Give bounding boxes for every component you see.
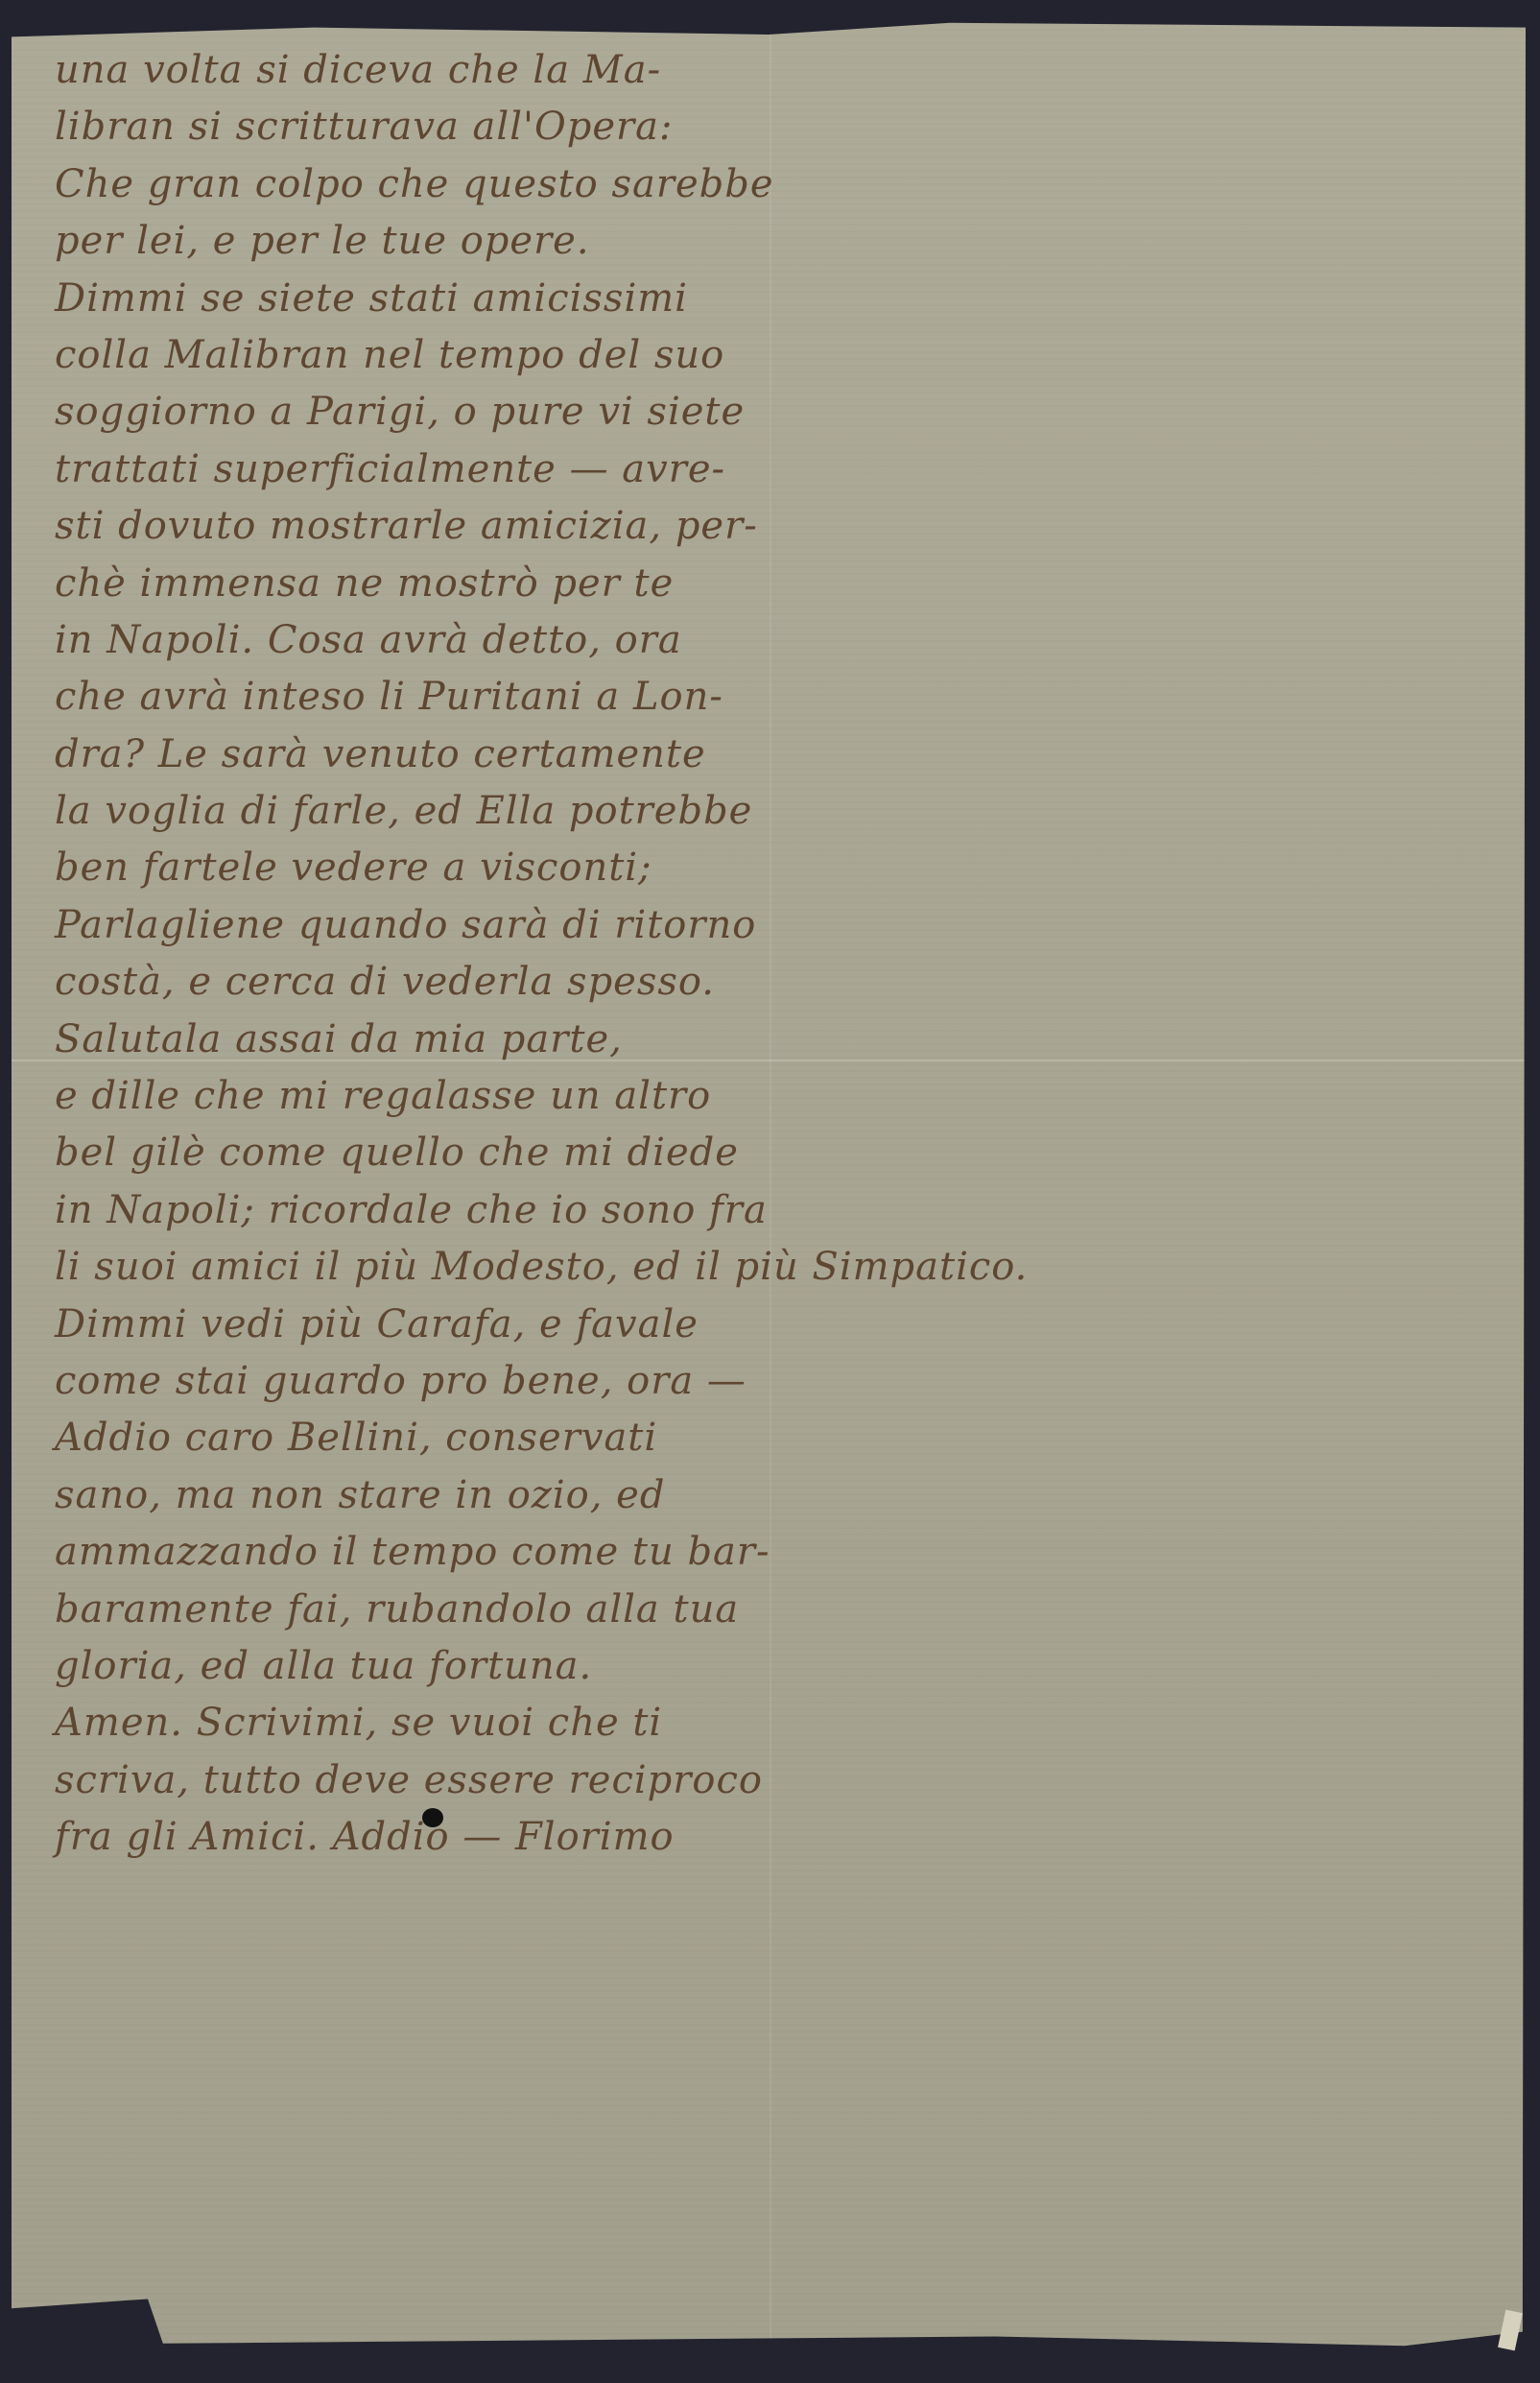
text-line: gloria, ed alla tua fortuna. <box>55 1638 1494 1695</box>
text-line: scriva, tutto deve essere reciproco <box>55 1752 1494 1809</box>
text-line: Addio caro Bellini, conservati <box>55 1410 1494 1466</box>
text-line: dra? Le sarà venuto certamente <box>55 727 1494 783</box>
text-line: che avrà inteso li Puritani a Lon- <box>55 669 1494 726</box>
text-line: chè immensa ne mostrò per te <box>55 556 1494 612</box>
text-line: li suoi amici il più Modesto, ed il più … <box>55 1239 1494 1296</box>
text-line: Amen. Scrivimi, se vuoi che ti <box>55 1695 1494 1752</box>
text-line: una volta si diceva che la Ma- <box>55 42 1494 99</box>
text-line: trattati superficialmente — avre- <box>55 441 1494 498</box>
text-line: ammazzando il tempo come tu bar- <box>55 1524 1494 1581</box>
text-line: ben fartele vedere a visconti; <box>55 840 1494 896</box>
text-line: costà, e cerca di vederla spesso. <box>55 954 1494 1011</box>
text-line: la voglia di farle, ed Ella potrebbe <box>55 783 1494 840</box>
text-line: sano, ma non stare in ozio, ed <box>55 1467 1494 1524</box>
ink-blot <box>422 1808 443 1827</box>
text-line: Salutala assai da mia parte, <box>55 1012 1494 1068</box>
text-line: soggiorno a Parigi, o pure vi siete <box>55 384 1494 441</box>
text-line: baramente fai, rubandolo alla tua <box>55 1582 1494 1638</box>
text-line: libran si scritturava all'Opera: <box>55 99 1494 155</box>
text-line: in Napoli; ricordale che io sono fra <box>55 1182 1494 1239</box>
text-line: Parlagliene quando sarà di ritorno <box>55 897 1494 954</box>
text-line: per lei, e per le tue opere. <box>55 213 1494 270</box>
text-line: Dimmi se siete stati amicissimi <box>55 271 1494 327</box>
text-line: colla Malibran nel tempo del suo <box>55 327 1494 384</box>
letter-text: una volta si diceva che la Ma- libran si… <box>55 42 1494 1867</box>
text-line: fra gli Amici. Addio — Florimo <box>55 1809 1494 1866</box>
text-line: in Napoli. Cosa avrà detto, ora <box>55 612 1494 669</box>
text-line: Che gran colpo che questo sarebbe <box>55 156 1494 213</box>
text-line: bel gilè come quello che mi diede <box>55 1125 1494 1181</box>
text-line: Dimmi vedi più Carafa, e favale <box>55 1297 1494 1353</box>
text-line: e dille che mi regalasse un altro <box>55 1068 1494 1125</box>
letter-page: una volta si diceva che la Ma- libran si… <box>12 13 1526 2355</box>
text-line: come stai guardo pro bene, ora — <box>55 1353 1494 1410</box>
text-line: sti dovuto mostrarle amicizia, per- <box>55 498 1494 555</box>
